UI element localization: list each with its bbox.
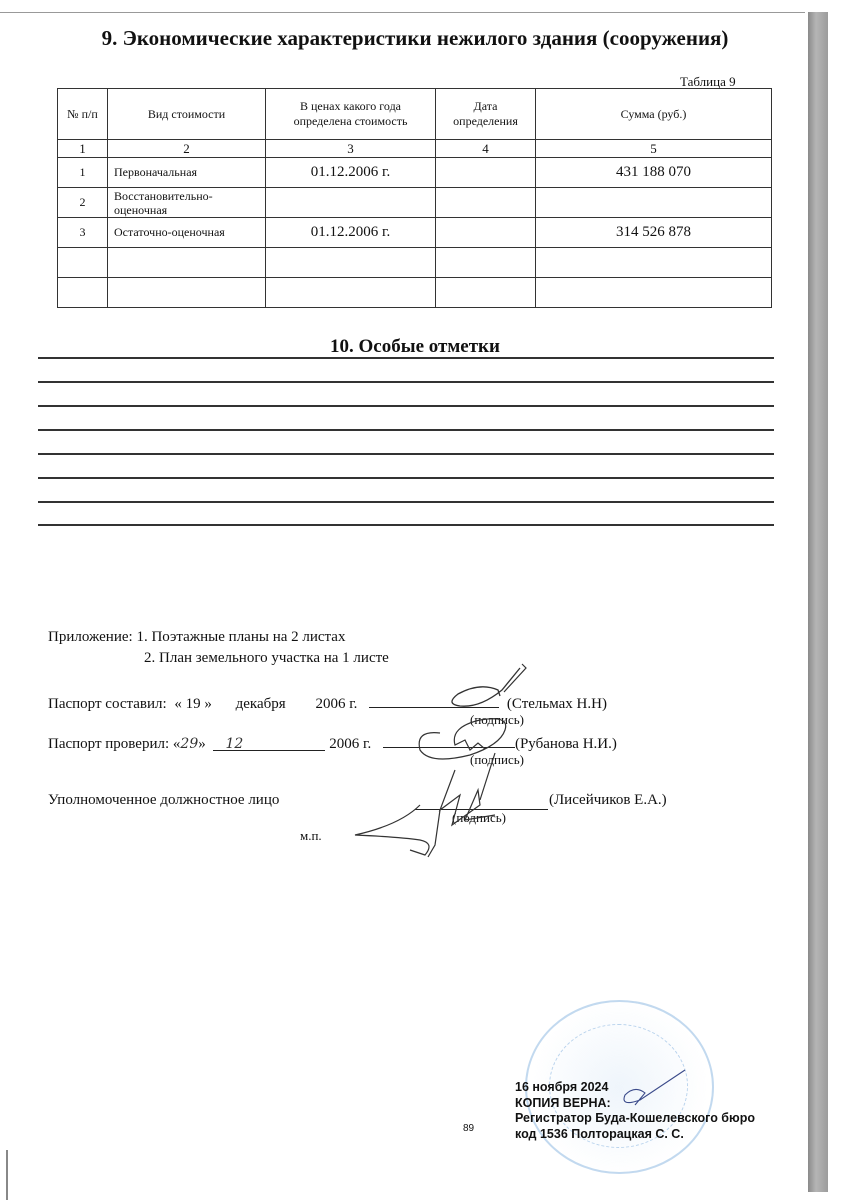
row-number [58,248,108,278]
table-row: 2 Восстановительно-оценочная [58,188,772,218]
notes-line [38,453,774,455]
sum-value: 431 188 070 [536,158,772,188]
section-9-title: 9. Экономические характеристики нежилого… [0,26,830,51]
copy-verified: КОПИЯ ВЕРНА: [515,1096,755,1112]
compiled-year: 2006 г. [315,696,357,712]
authorized-name: (Лисейчиков Е.А.) [549,792,667,809]
notes-line [38,381,774,383]
determination-date [436,278,536,308]
column-number: 4 [436,140,536,158]
checked-name: (Рубанова Н.И.) [515,736,617,752]
table-row [58,248,772,278]
quote-mark: » [198,736,206,752]
compiled-day: « 19 » [174,696,212,712]
notes-line [38,357,774,359]
header-number: № п/п [58,89,108,140]
column-number: 3 [266,140,436,158]
scan-top-edge [0,12,805,13]
row-number: 2 [58,188,108,218]
signature-liseychikov-icon [340,765,500,860]
price-year [266,278,436,308]
sum-value [536,188,772,218]
certification-date: 16 ноября 2024 [515,1080,755,1096]
sum-value: 314 526 878 [536,218,772,248]
sum-value [536,278,772,308]
determination-date [436,218,536,248]
value-type [108,248,266,278]
appendix-item: 2. План земельного участка на 1 листе [144,650,389,667]
notes-line [38,501,774,503]
header-date: Дата определения [436,89,536,140]
column-number: 1 [58,140,108,158]
scan-left-edge [6,1150,8,1200]
notes-line [38,405,774,407]
section-10-title: 10. Особые отметки [0,336,830,358]
appendix: Приложение: 1. Поэтажные планы на 2 лист… [48,629,345,646]
value-type: Остаточно-оценочная [108,218,266,248]
compiled-label: Паспорт составил: [48,696,167,712]
authorized-person-line: Уполномоченное должностное лицо [48,792,279,809]
compiled-month: декабря [236,696,286,712]
notes-line [38,524,774,526]
column-number: 2 [108,140,266,158]
table-row: 1 Первоначальная 01.12.2006 г. 431 188 0… [58,158,772,188]
price-year [266,248,436,278]
table-row [58,278,772,308]
price-year: 01.12.2006 г. [266,158,436,188]
row-number: 1 [58,158,108,188]
economic-characteristics-table: № п/п Вид стоимости В ценах какого года … [57,88,772,308]
certification-block: 16 ноября 2024 КОПИЯ ВЕРНА: Регистратор … [515,1080,755,1142]
checked-label: Паспорт проверил: [48,736,169,752]
registrar-code: код 1536 Полторацкая С. С. [515,1127,755,1143]
column-number: 5 [536,140,772,158]
price-year: 01.12.2006 г. [266,218,436,248]
notes-line [38,477,774,479]
notes-line [38,429,774,431]
checked-day: 29 [180,736,198,752]
sum-value [536,248,772,278]
appendix-label: Приложение: [48,629,133,645]
appendix-item: 1. Поэтажные планы на 2 листах [136,629,345,645]
registrar: Регистратор Буда-Кошелевского бюро [515,1111,755,1127]
scan-right-edge [808,12,828,1192]
checked-month: 12 [213,736,325,751]
determination-date [436,248,536,278]
price-year [266,188,436,218]
seal-place: м.п. [300,828,322,844]
page-number: 89 [463,1123,474,1134]
header-price-year: В ценах какого года определена стоимость [266,89,436,140]
determination-date [436,158,536,188]
value-type [108,278,266,308]
row-number: 3 [58,218,108,248]
header-value-type: Вид стоимости [108,89,266,140]
table-header-row: № п/п Вид стоимости В ценах какого года … [58,89,772,140]
header-sum: Сумма (руб.) [536,89,772,140]
table-row: 3 Остаточно-оценочная 01.12.2006 г. 314 … [58,218,772,248]
determination-date [436,188,536,218]
column-number-row: 1 2 3 4 5 [58,140,772,158]
authorized-label: Уполномоченное должностное лицо [48,792,279,808]
row-number [58,278,108,308]
value-type: Первоначальная [108,158,266,188]
value-type: Восстановительно-оценочная [108,188,266,218]
checked-year: 2006 г. [329,736,371,752]
passport-checked-line: Паспорт проверил: «29» 12 2006 г. (Рубан… [48,733,617,753]
